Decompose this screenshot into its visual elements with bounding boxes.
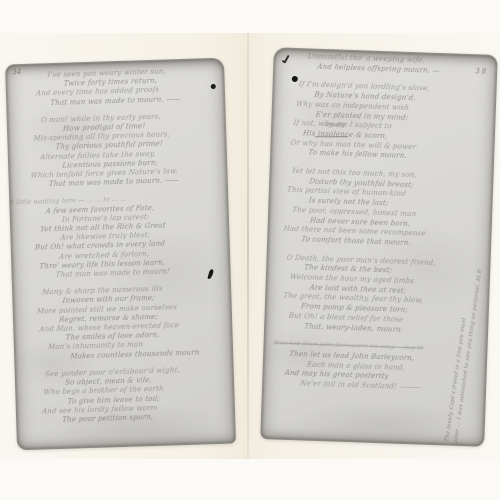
stanza: then had down John Barleycorn his song —…	[262, 339, 488, 395]
stanza: Yet let not this too much, my son,Distur…	[267, 166, 494, 251]
manuscript-left-page: 34 I've seen yon weary winter sun,Twice …	[5, 58, 236, 451]
stanza: Many & sharp the numerous illsInwoven wi…	[12, 283, 233, 363]
stanza: Unmindful tho' a weeping wife,And helple…	[273, 51, 498, 78]
stanza: O man! while in thy early years,How prod…	[7, 110, 228, 190]
manuscript-right-page: 38 Unmindful tho' a weeping wife,And hel…	[260, 47, 498, 447]
stanza: I've seen yon weary winter sun,Twice for…	[5, 66, 225, 110]
stanza: O Death, the poor man's dearest friend,T…	[264, 253, 491, 338]
photo-of-manuscript-spread: 34 I've seen yon weary winter sun,Twice …	[0, 0, 500, 500]
stanza: See yonder poor o'erlabour'd wight,So ab…	[15, 364, 236, 426]
left-page-lines: I've seen yon weary winter sun,Twice for…	[5, 58, 236, 451]
gutter-fold-line	[247, 33, 249, 459]
stanza: If I'm design'd yon lordling's slave,By …	[270, 80, 497, 165]
right-page-lines: Unmindful tho' a weeping wife,And helple…	[260, 47, 498, 447]
stanza: A little wanting here — … … to … …A few …	[9, 192, 230, 282]
